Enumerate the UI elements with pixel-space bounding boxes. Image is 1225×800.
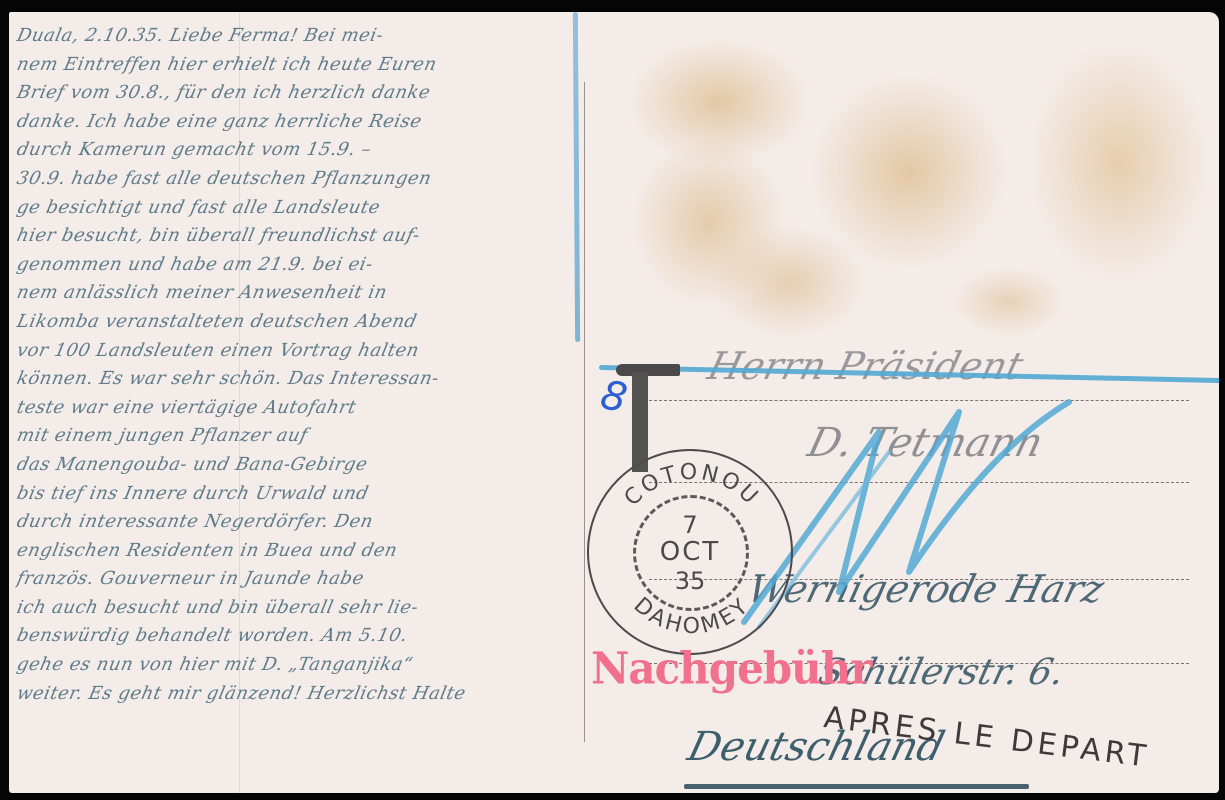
cotonou-dahomey-postmark: COTONOU DAHOMEY 7 OCT 35 (587, 449, 793, 655)
message-line: danke. Ich habe eine ganz herrliche Reis… (14, 108, 585, 137)
message-line: französ. Gouverneur in Jaunde habe (14, 565, 585, 594)
country-underline (684, 784, 1029, 789)
message-line: 30.9. habe fast alle deutschen Pflanzung… (14, 165, 585, 194)
message-line: teste war eine viertägige Autofahrt (14, 394, 585, 423)
message-line: ge besichtigt und fast alle Landsleute (14, 194, 585, 223)
message-line: durch Kamerun gemacht vom 15.9. – (14, 136, 585, 165)
message-line: nem Eintreffen hier erhielt ich heute Eu… (14, 51, 585, 80)
message-line: gehe es nun von hier mit D. „Tanganjika“ (14, 651, 585, 680)
address-line-recipient-title: Herrn Präsident (704, 344, 1028, 388)
postcard-back: Duala, 2.10.35. Liebe Ferma! Bei mei-nem… (9, 12, 1219, 793)
message-line: vor 100 Landsleuten einen Vortrag halten (14, 337, 585, 366)
message-line: das Manengouba- und Bana-Gebirge (14, 451, 585, 480)
message-line: Likomba veranstalteten deutschen Abend (14, 308, 585, 337)
message-line: englischen Residenten in Buea und den (14, 537, 585, 566)
message-line: mit einem jungen Pflanzer auf (14, 422, 585, 451)
message-line: hier besucht, bin überall freundlichst a… (14, 222, 585, 251)
message-line: ich auch besucht und bin überall sehr li… (14, 594, 585, 623)
message-line: Duala, 2.10.35. Liebe Ferma! Bei mei- (14, 22, 585, 51)
t-stamp-bar (616, 364, 680, 376)
address-divider-line (584, 82, 585, 742)
postmark-year: 35 (589, 567, 791, 595)
postmark-day: 7 (589, 511, 791, 539)
message-line: durch interessante Negerdörfer. Den (14, 508, 585, 537)
message-line: können. Es war sehr schön. Das Interessa… (14, 365, 585, 394)
nachgebuehr-postage-due-stamp: Nachgebühr (591, 643, 871, 694)
message-line: benswürdig behandelt worden. Am 5.10. (14, 622, 585, 651)
message-line: bis tief ins Innere durch Urwald und (14, 480, 585, 509)
handwritten-message: Duala, 2.10.35. Liebe Ferma! Bei mei-nem… (17, 22, 582, 708)
postmark-month: OCT (589, 537, 791, 567)
message-line: weiter. Es geht mir glänzend! Herzlichst… (14, 680, 585, 709)
message-line: genommen und habe am 21.9. bei ei- (14, 251, 585, 280)
message-line: nem anlässlich meiner Anwesenheit in (14, 279, 585, 308)
message-line: Brief vom 30.8., für den ich herzlich da… (14, 79, 585, 108)
